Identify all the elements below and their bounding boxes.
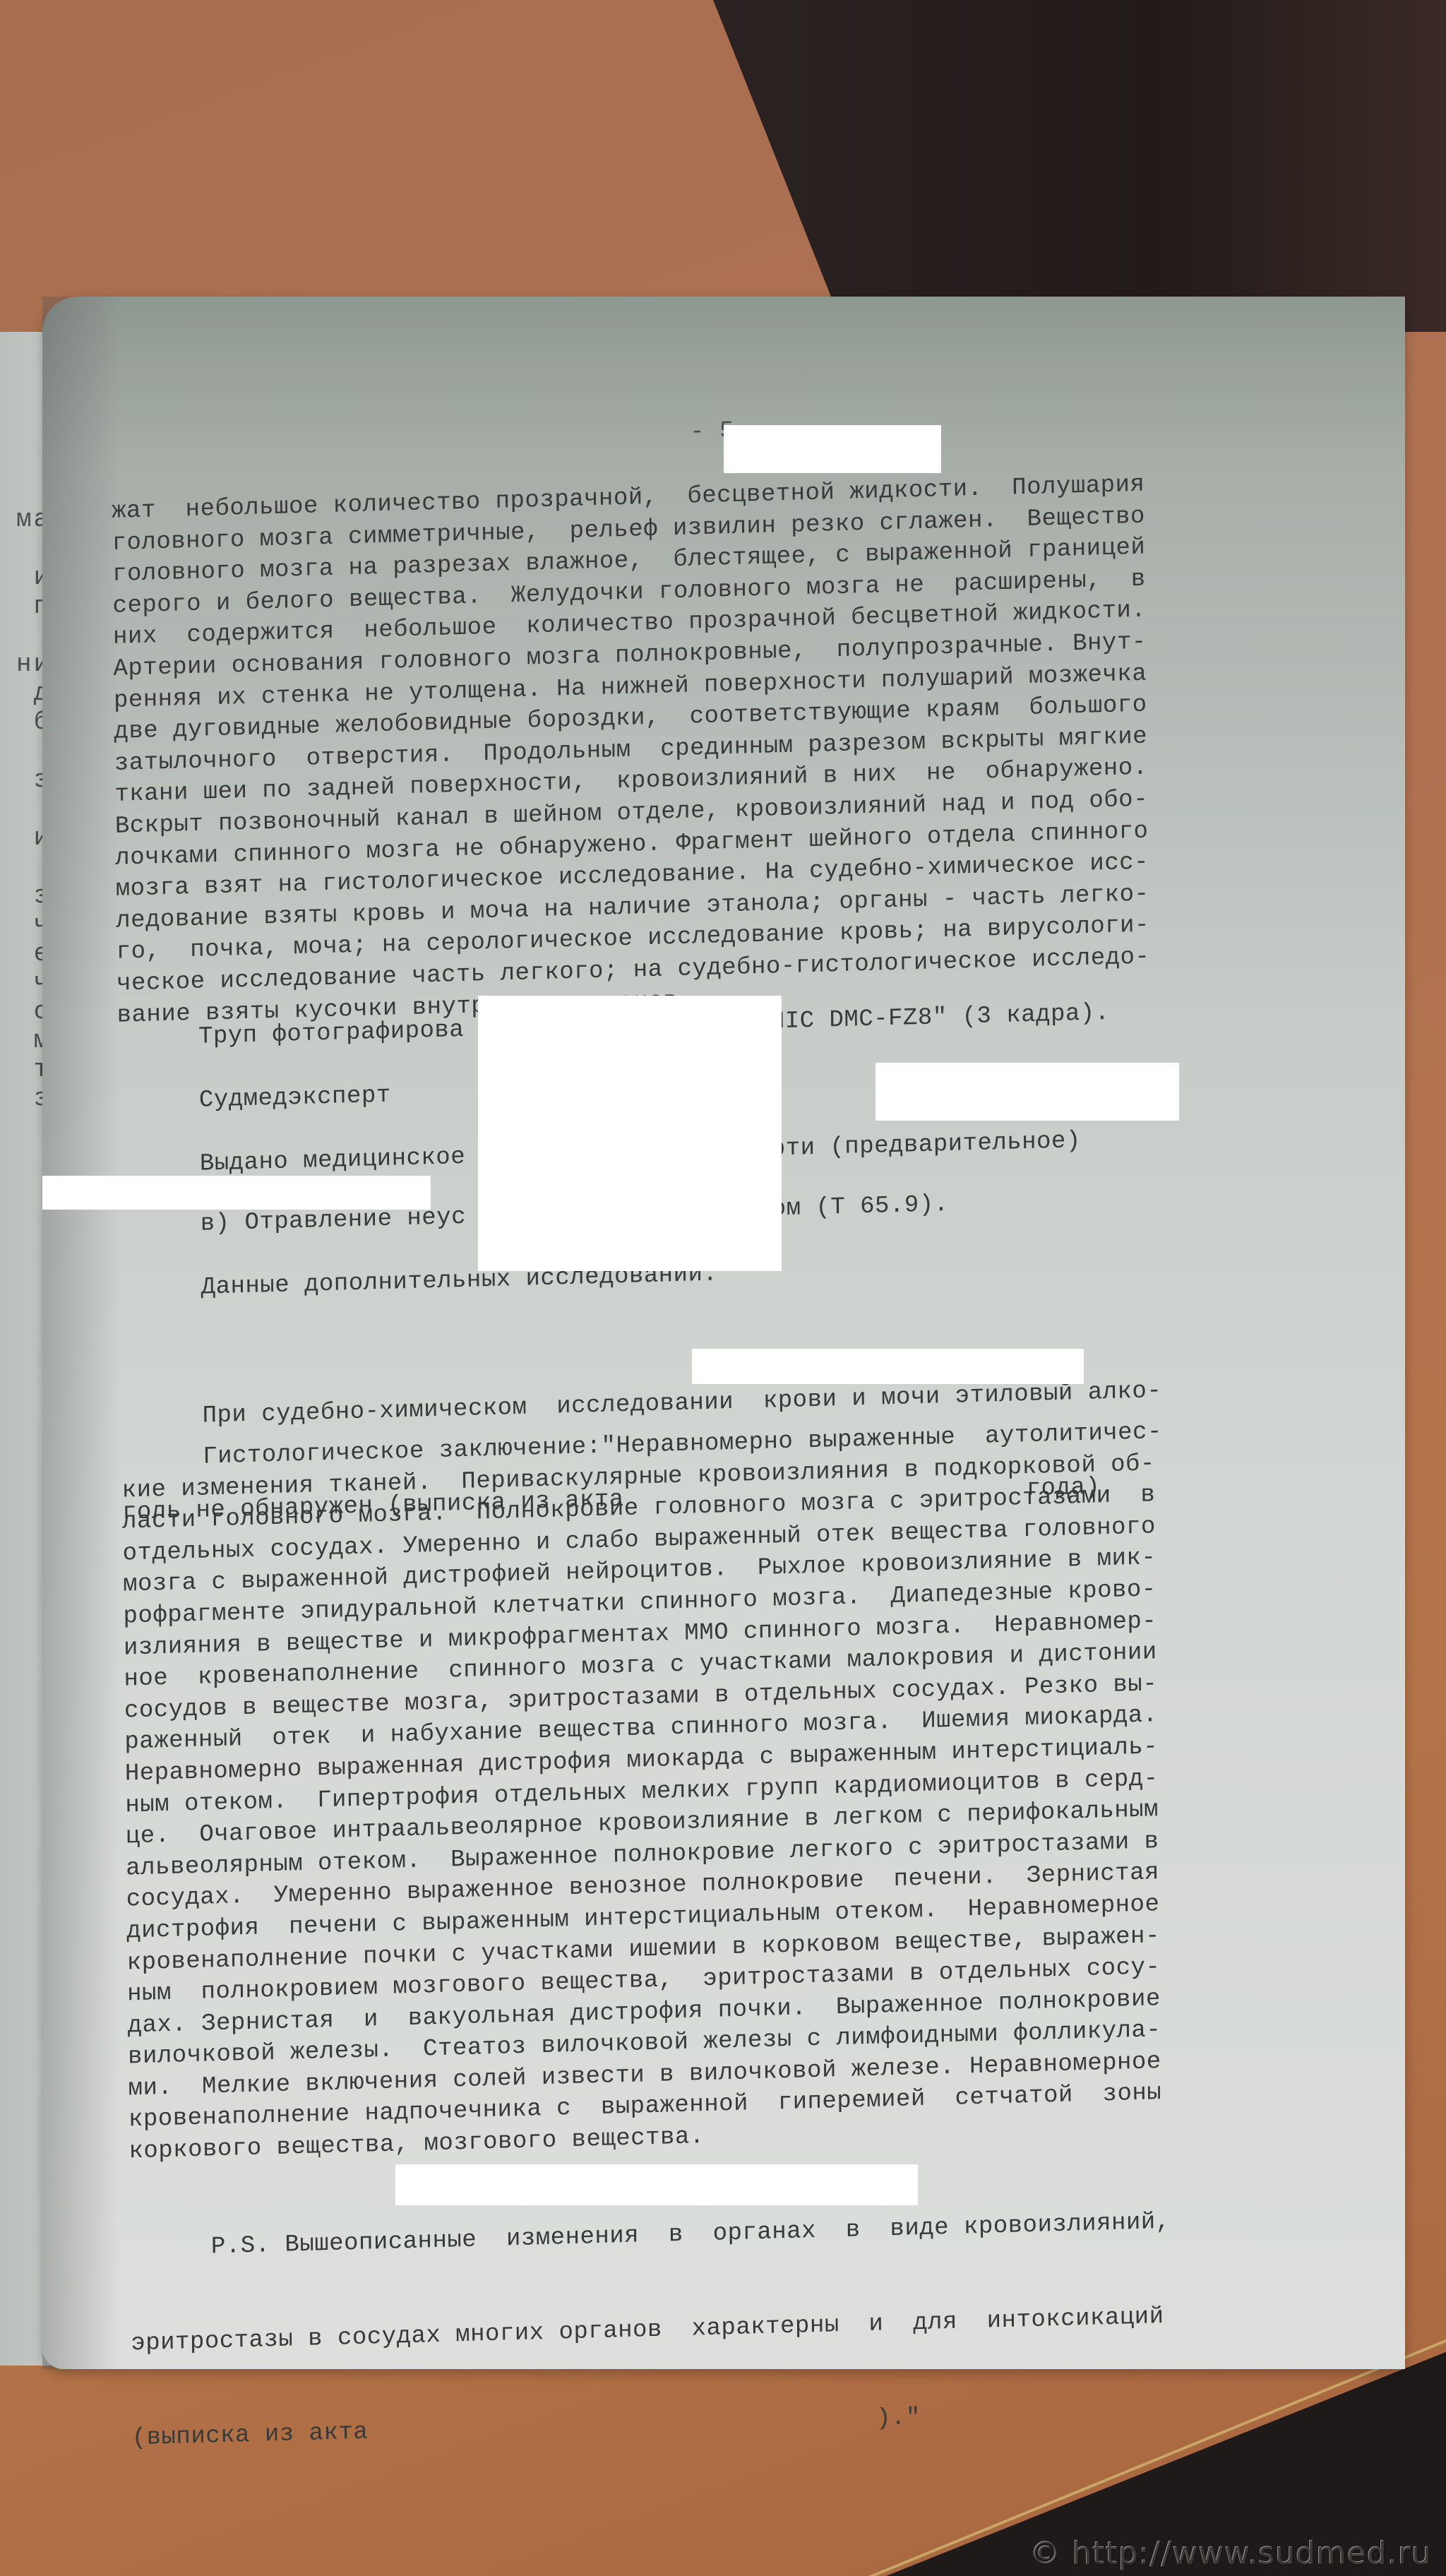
document-text: - 5 - жат небольшое количество прозрачно… (109, 263, 1387, 958)
redaction-certificate (42, 1176, 431, 1210)
site-watermark: © http://www.sudmed.ru (1030, 2536, 1432, 2572)
redaction-header (724, 425, 941, 473)
redaction-act-number (692, 1349, 1084, 1384)
autopsy-findings-paragraph: жат небольшое количество прозрачной, бес… (112, 470, 1150, 1032)
redaction-act-number-2 (395, 2164, 918, 2205)
redaction-expert-name (876, 1063, 1179, 1121)
document-page: - 5 - жат небольшое количество прозрачно… (42, 297, 1405, 2369)
histology-conclusion-paragraph: Гистологическое заключение:"Неравномерно… (121, 1417, 1169, 2168)
expert-signature-line: Судмедэксперт (118, 1080, 391, 1119)
redaction-header-ext (780, 432, 804, 472)
redaction-block-center (478, 996, 782, 1271)
